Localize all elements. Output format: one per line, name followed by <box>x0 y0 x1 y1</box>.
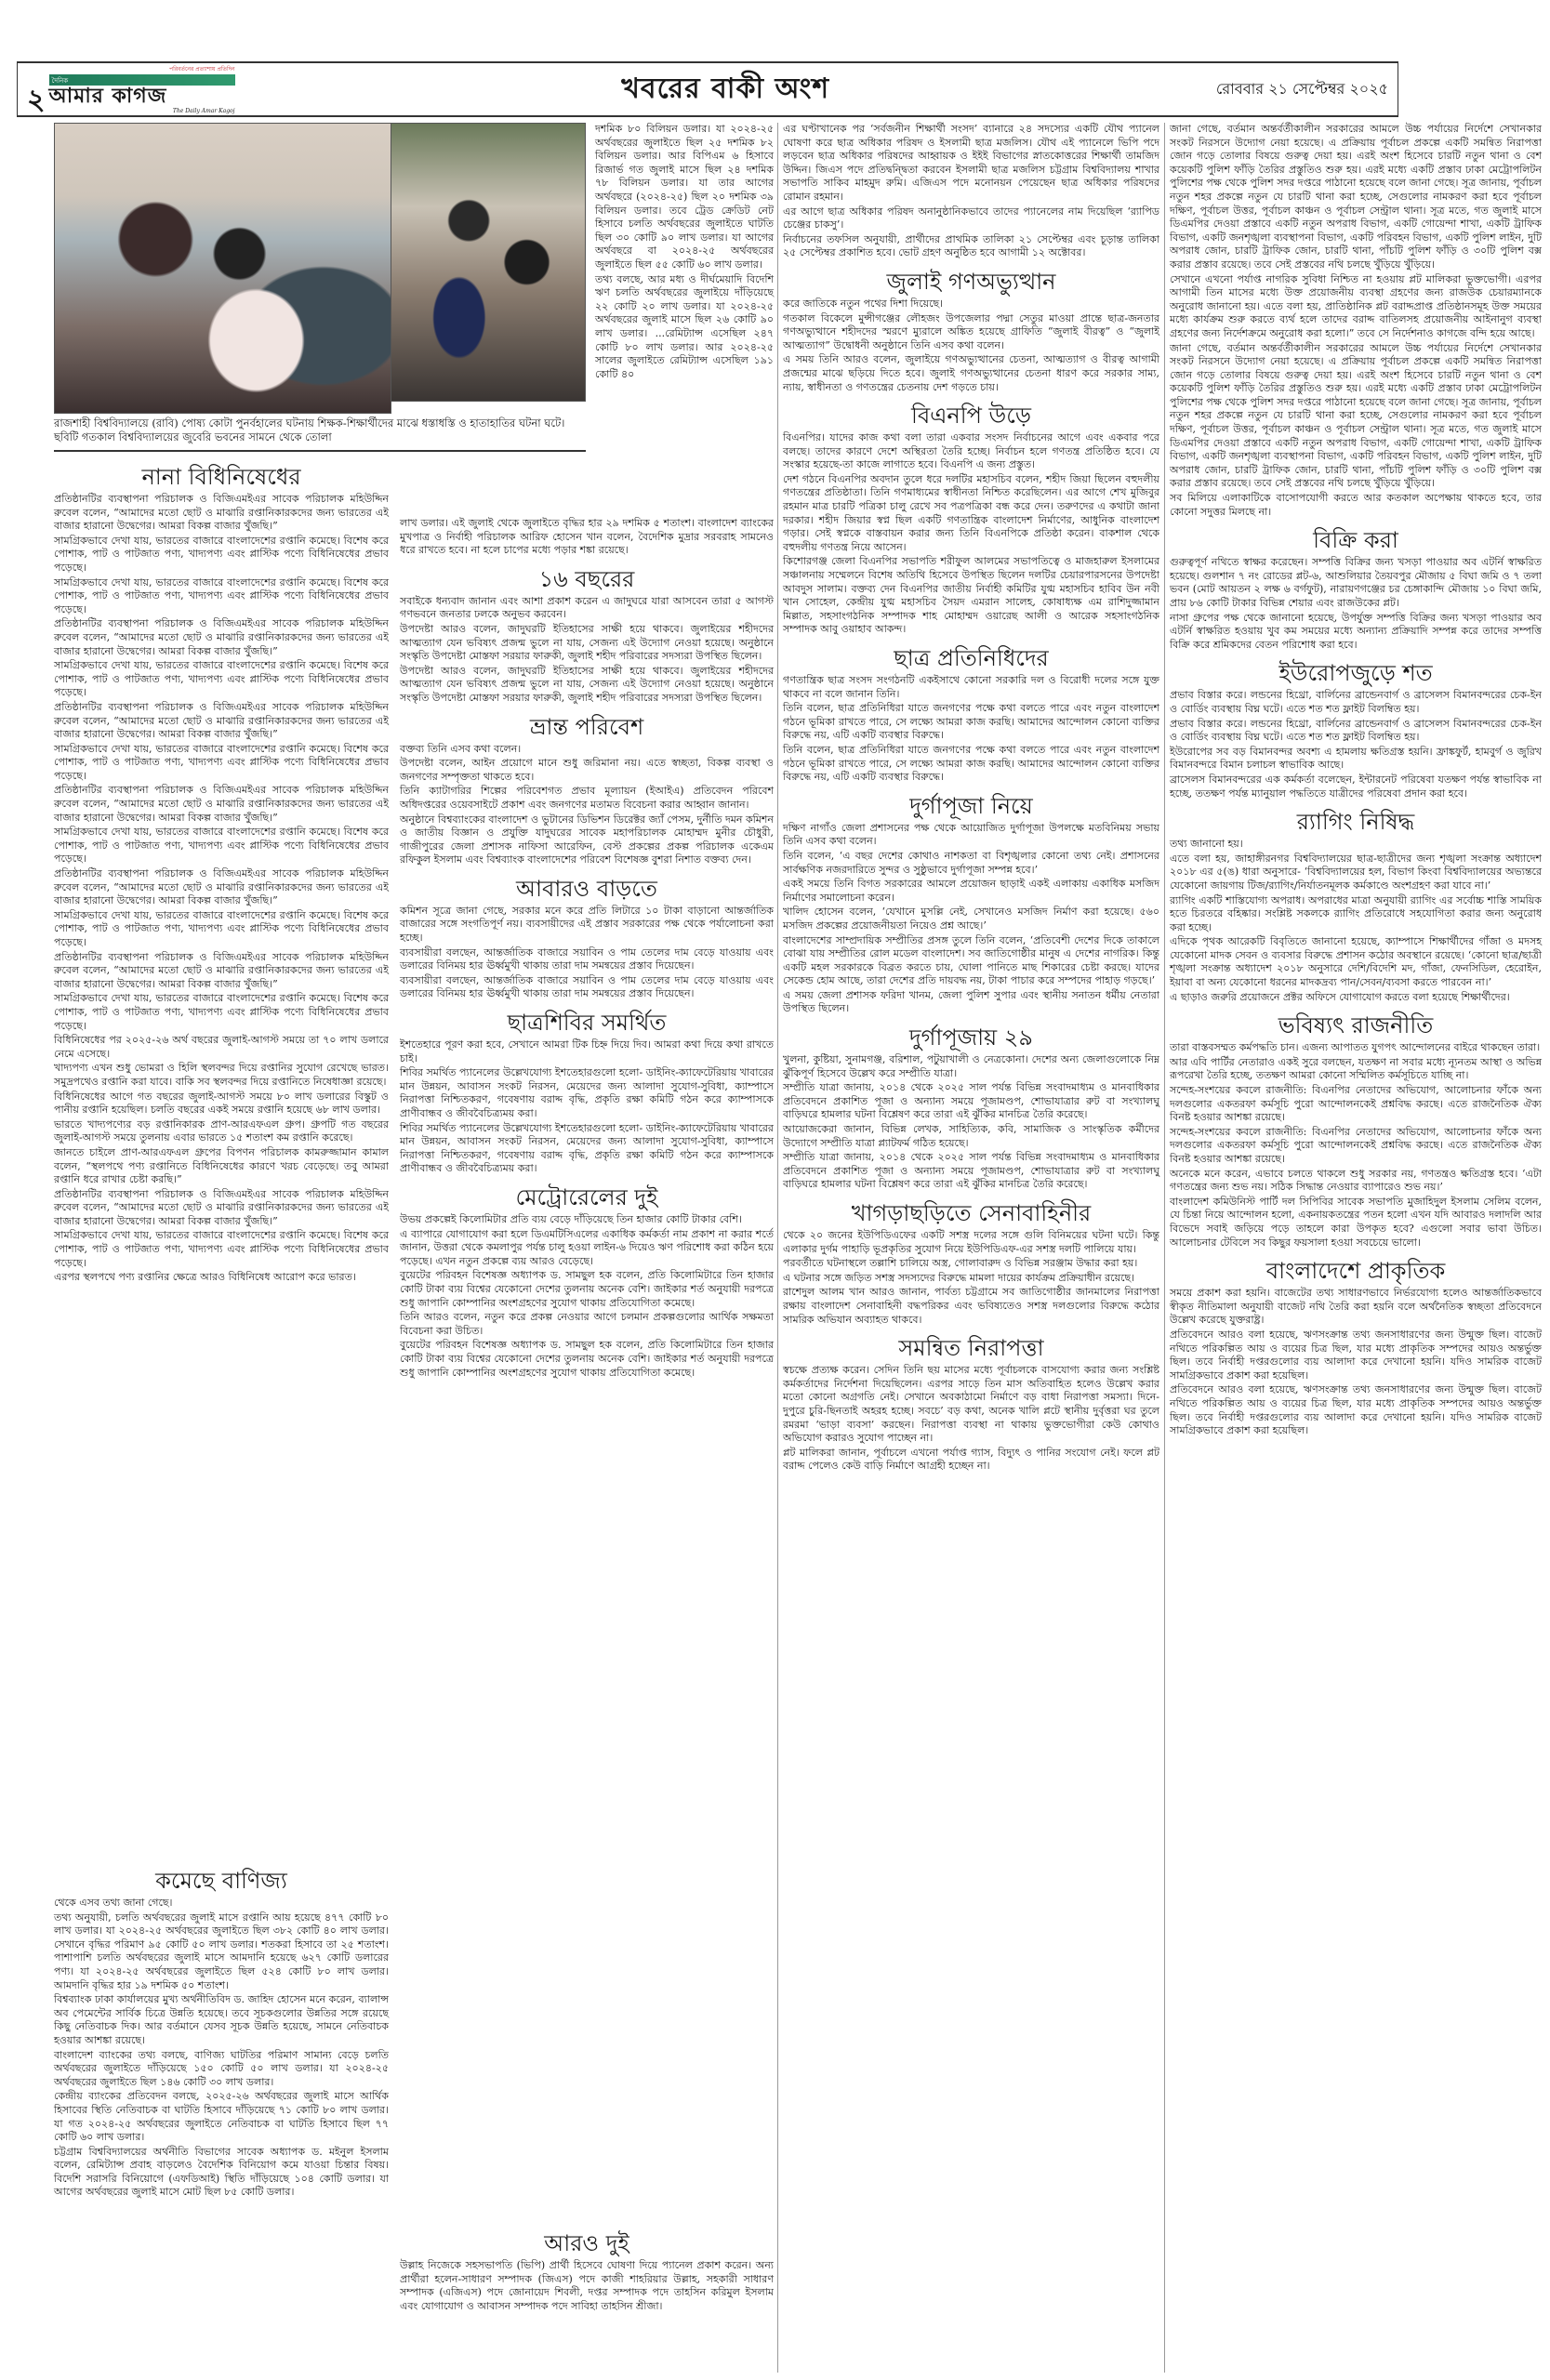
story-chhatro-protinidhider: ছাত্র প্রতিনিধিদের গণতান্ত্রিক ছাত্র সংস… <box>783 644 1159 785</box>
story-chaksu-continued: এর ঘণ্টাখানেক পর ‘সর্বজনীন শিক্ষার্থী সং… <box>783 123 1159 260</box>
story-paragraph: এরপর স্থলপথে পণ্য রপ্তানির ক্ষেত্রে আরও … <box>54 1271 389 1285</box>
story-paragraph: সামগ্রিকভাবে দেখা যায়, ভারতের বাজারে বা… <box>54 992 389 1033</box>
story-paragraph: দেশ গঠনে বিএনপির অবদান তুলে ধরে দলটির মহ… <box>783 473 1159 555</box>
story-headline[interactable]: ভ্রান্ত পরিবেশ <box>400 713 774 741</box>
story-paragraph: এ সময় তিনি আরও বলেন, জুলাইয়ে গণঅভ্যুত্… <box>783 353 1159 394</box>
story-paragraph: সামগ্রিকভাবে দেখা যায়, ভারতের বাজারে বা… <box>54 909 389 950</box>
story-sholo-bochhorer: ১৬ বছরের সবাইকে ধন্যবাদ জানান এবং আশা প্… <box>400 565 774 706</box>
story-paragraph: বিশ্বব্যাংক ঢাকা কার্যালয়ের মুখ্য অর্থন… <box>54 1993 389 2047</box>
story-headline[interactable]: মেট্রোরেলের দুই <box>400 1183 774 1211</box>
story-paragraph: গতকাল বিকেলে মুন্সীগঞ্জের লৌহজং উপজেলার … <box>783 312 1159 353</box>
story-headline[interactable]: ১৬ বছরের <box>400 565 774 593</box>
column-1-bottom: কমেছে বাণিজ্য থেকে এসব তথ্য জানা গেছে। ত… <box>54 1859 389 2201</box>
story-headline[interactable]: ছাত্র প্রতিনিধিদের <box>783 644 1159 672</box>
story-bhranto-poribesh: ভ্রান্ত পরিবেশ বক্তব্য তিনি এসব কথা বলেন… <box>400 713 774 867</box>
story-paragraph: আয়োজকেরা জানান, বিভিন্ন লেখক, সাহিত্যিক… <box>783 1123 1159 1150</box>
story-paragraph: তিনি বলেন, ছাত্র প্রতিনিধিরা যাতে জনগণের… <box>783 744 1159 785</box>
photo-caption: রাজশাহী বিশ্ববিদ্যালয়ে (রাবি) পোষ্য কোট… <box>54 416 586 452</box>
story-paragraph: র‍্যাগিং একটি শাস্তিযোগ্য অপরাধ। অপরাধের… <box>1170 894 1542 935</box>
story-paragraph: পরবর্তীতে ঘটনাস্থলে তল্লাশি চালিয়ে অস্ত… <box>783 1257 1159 1271</box>
story-paragraph: সন্দেহ-সংশয়ের কবলে রাজনীতি: বিএনপির নেত… <box>1170 1126 1542 1167</box>
story-paragraph: খালিদ হোসেন বলেন, ‘যেখানে মুসল্লি নেই, স… <box>783 906 1159 932</box>
story-paragraph: তারা বাস্তবসম্মত কর্মপদ্ধতি চান। এজন্য আ… <box>1170 1041 1542 1055</box>
story-komechhe-banijya: কমেছে বাণিজ্য থেকে এসব তথ্য জানা গেছে। ত… <box>54 1867 389 2200</box>
story-paragraph: গুরুত্বপূর্ণ নথিতে স্বাক্ষর করেছেন। সম্প… <box>1170 556 1542 610</box>
story-aro-dui: আরও দুই উল্লাহ নিজেকে সহসভাপতি (ভিপি) প্… <box>400 2229 774 2313</box>
story-europejure-shoto: ইউরোপজুড়ে শত প্রভাব বিস্তার করে। লন্ডনে… <box>1170 659 1542 800</box>
story-paragraph: বিএনপির। যাদের কাজ কথা বলা তারা একবার সং… <box>783 431 1159 472</box>
story-bhobishyot-rajniti: ভবিষ্যৎ রাজনীতি তারা বাস্তবসম্মত কর্মপদ্… <box>1170 1011 1542 1249</box>
story-purbachal-continued: জানা গেছে, বর্তমান অন্তর্বর্তীকালীন সরকা… <box>1170 123 1542 519</box>
column-1: নানা বিধিনিষেধের প্রতিষ্ঠানটির ব্যবস্থাপ… <box>54 456 389 1286</box>
story-paragraph: বিধিনিষেধের পর ২০২৫-২৬ অর্থ বছরের জুলাই-… <box>54 1034 389 1061</box>
story-khagrachhari-senabahini: খাগড়াছড়িতে সেনাবাহিনীর থেকে ২০ জনের ইউ… <box>783 1199 1159 1327</box>
story-headline[interactable]: কমেছে বাণিজ্য <box>54 1867 389 1895</box>
logo-band: দৈনিক <box>49 74 235 86</box>
story-paragraph: স্বচক্ষে প্রত্যক্ষ করেন। সেদিন তিনি ছয় … <box>783 1364 1159 1446</box>
story-paragraph: প্রতিষ্ঠানটির ব্যবস্থাপনা পরিচালক ও বিজি… <box>54 784 389 825</box>
story-paragraph: সামগ্রিকভাবে দেখা যায়, ভারতের বাজারে বা… <box>54 826 389 866</box>
story-paragraph: তিনি বলেন, ‘এ বছর দেশের কোথাও নাশকতা বা … <box>783 850 1159 877</box>
story-headline[interactable]: নানা বিধিনিষেধের <box>54 463 389 491</box>
story-headline[interactable]: দুর্গাপূজা নিয়ে <box>783 792 1159 820</box>
column-2-bottom: আরও দুই উল্লাহ নিজেকে সহসভাপতি (ভিপি) প্… <box>400 2222 774 2314</box>
story-paragraph: প্রতিষ্ঠানটির ব্যবস্থাপনা পরিচালক ও বিজি… <box>54 701 389 742</box>
story-paragraph: গণতান্ত্রিক ছাত্র সংসদ সংগঠনটি একইসাথে ক… <box>783 674 1159 701</box>
story-paragraph: শিবির সমর্থিত প্যানেলের উল্লেখযোগ্য ইশতে… <box>400 1122 774 1176</box>
story-paragraph: ভারতে খাদ্যপণ্যের বড় রপ্তানিকারক প্রাণ-… <box>54 1118 389 1145</box>
column-divider <box>1164 123 1165 2373</box>
story-metroreler-dui: মেট্রোরেলের দুই উভয় প্রকল্পেই কিলোমিটার… <box>400 1183 774 1380</box>
story-paragraph: এতে বলা হয়, জাহাঙ্গীরনগর বিশ্ববিদ্যালয়… <box>1170 853 1542 893</box>
story-paragraph: বক্তব্য তিনি এসব কথা বলেন। <box>400 743 774 757</box>
story-paragraph: প্রভাব বিস্তার করে। লন্ডনের হিথ্রো, বার্… <box>1170 718 1542 745</box>
story-paragraph: সামগ্রিকভাবে দেখা যায়, ভারতের বাজারে বা… <box>54 1229 389 1270</box>
story-headline[interactable]: সমন্বিত নিরাপত্তা <box>783 1334 1159 1362</box>
story-paragraph: ব্রাসেলস বিমানবন্দরের এক কর্মকর্তা বলেছে… <box>1170 773 1542 800</box>
logo-prefix: দৈনিক <box>52 75 69 86</box>
story-paragraph: তথ্য জানানো হয়। <box>1170 838 1542 852</box>
story-paragraph: সম্প্রীতি যাত্রা জানায়, ২০১৪ থেকে ২০২৫ … <box>783 1081 1159 1122</box>
story-headline[interactable]: দুর্গাপূজায় ২৯ <box>783 1024 1159 1051</box>
story-paragraph: ইউরোপের সব বড় বিমানবন্দর অবশ্য এ হামলায… <box>1170 746 1542 773</box>
story-paragraph: সামগ্রিকভাবে দেখা যায়, ভারতের বাজারে বা… <box>54 535 389 575</box>
story-paragraph: সেখানে এখনো পর্যাপ্ত নাগরিক সুবিধা নিশ্চ… <box>1170 273 1542 341</box>
story-headline[interactable]: র‍্যাগিং নিষিদ্ধ <box>1170 808 1542 836</box>
column-4: জানা গেছে, বর্তমান অন্তর্বর্তীকালীন সরকা… <box>1170 123 1542 1439</box>
story-paragraph: জানা গেছে, বর্তমান অন্তর্বর্তীকালীন সরকা… <box>1170 342 1542 492</box>
section-title: খবরের বাকী অংশ <box>621 66 829 113</box>
page-number: ২ <box>27 86 46 114</box>
story-durgapuja-niye: দুর্গাপূজা নিয়ে দক্ষিণ নাগাঁও জেলা প্রশ… <box>783 792 1159 1016</box>
story-paragraph: সন্দেহ-সংশয়ের কবলে রাজনীতি: বিএনপির নেত… <box>1170 1084 1542 1125</box>
story-paragraph: নাসা গ্রুপের পক্ষ থেকে জানানো হয়েছে, উপ… <box>1170 612 1542 653</box>
story-paragraph: জানা গেছে, বর্তমান অন্তর্বর্তীকালীন সরকা… <box>1170 123 1542 272</box>
newspaper-logo[interactable]: পরিবর্তনের প্রত্যাশায় প্রতিদিন দৈনিক আম… <box>49 64 235 113</box>
story-bnp-urhe: বিএনপি উড়ে বিএনপির। যাদের কাজ কথা বলা ত… <box>783 402 1159 637</box>
story-paragraph: খাদ্যপণ্য এখন শুধু ভোমরা ও হিলি স্থলবন্দ… <box>54 1062 389 1089</box>
story-paragraph: এদিকে পৃথক আরেকটি বিবৃতিতে জানানো হয়েছে… <box>1170 935 1542 989</box>
story-paragraph: একই সময়ে তিনি বিগত সরকারের আমলে প্রয়োজ… <box>783 878 1159 905</box>
story-paragraph: তিনি ক্যাটাগরির শিল্পের পরিবেশগত প্রভাব … <box>400 785 774 812</box>
story-paragraph: জানতে চাইলে প্রাণ-আরএফএল গ্রুপের বিপণন প… <box>54 1146 389 1187</box>
story-paragraph: সব মিলিয়ে এলাকাটিকে বাসোপযোগী করতে আর ক… <box>1170 492 1542 519</box>
story-paragraph: উভয় প্রকল্পেই কিলোমিটার প্রতি ব্যয় বেড… <box>400 1213 774 1227</box>
story-paragraph: শিবির সমর্থিত প্যানেলের উল্লেখযোগ্য ইশতে… <box>400 1066 774 1120</box>
story-paragraph: নির্বাচনের তফসিল অনুযায়ী, প্রার্থীদের প… <box>783 233 1159 260</box>
story-paragraph: প্রতিষ্ঠানটির ব্যবস্থাপনা পরিচালক ও বিজি… <box>54 493 389 534</box>
story-headline[interactable]: জুলাই গণঅভ্যুত্থান <box>783 268 1159 296</box>
story-paragraph: থেকে এসব তথ্য জানা গেছে। <box>54 1897 389 1911</box>
story-paragraph: উপদেষ্টা আরও বলেন, জাদুঘরটি ইতিহাসের সাক… <box>400 623 774 664</box>
story-paragraph: সামগ্রিকভাবে দেখা যায়, ভারতের বাজারে বা… <box>54 743 389 784</box>
story-paragraph: রাশেদুল আলম খান আরও জানান, পার্বত্য চট্ট… <box>783 1286 1159 1327</box>
story-paragraph: ব্যবসায়ীরা বলছেন, আন্তর্জাতিক বাজারে সয… <box>400 974 774 1001</box>
story-paragraph: থেকে ২০ জনের ইউপিডিএফের একটি সশস্ত্র দলে… <box>783 1229 1159 1256</box>
story-paragraph: বাংলাদেশ ব্যাংকের তথ্য বলছে, বাণিজ্য ঘাট… <box>54 2049 389 2090</box>
story-paragraph: প্রতিষ্ঠানটির ব্যবস্থাপনা পরিচালক ও বিজি… <box>54 617 389 658</box>
story-paragraph: বিধিনিষেধের আগে গত বছরের জুলাই-আগস্ট সময… <box>54 1091 389 1117</box>
story-somonnito-nirapotta: সমন্বিত নিরাপত্তা স্বচক্ষে প্রত্যক্ষ করে… <box>783 1334 1159 1474</box>
story-paragraph: সম্প্রীতি যাত্রা জানায়, ২০১৪ থেকে ২০২৫ … <box>783 1151 1159 1192</box>
story-paragraph: তিনি বলেন, ছাত্র প্রতিনিধিরা যাতে জনগণের… <box>783 702 1159 743</box>
story-paragraph: এর ঘণ্টাখানেক পর ‘সর্বজনীন শিক্ষার্থী সং… <box>783 123 1159 205</box>
logo-tagline: পরিবর্তনের প্রত্যাশায় প্রতিদিন <box>169 64 234 74</box>
column-3: এর ঘণ্টাখানেক পর ‘সর্বজনীন শিক্ষার্থী সং… <box>783 123 1159 1474</box>
story-headline[interactable]: আবারও বাড়তে <box>400 875 774 903</box>
masthead: ২ পরিবর্তনের প্রত্যাশায় প্রতিদিন দৈনিক … <box>17 61 1398 117</box>
story-paragraph: কেন্দ্রীয় ব্যাংকের প্রতিবেদন বলছে, ২০২৫… <box>54 2090 389 2144</box>
story-paragraph: কিশোরগঞ্জ জেলা বিএনপির সভাপতি শরীফুল আলম… <box>783 555 1159 637</box>
story-bangladeshe-prakritik: বাংলাদেশে প্রাকৃতিক সময়ে প্রকাশ করা হয়… <box>1170 1257 1542 1438</box>
story-headline[interactable]: আরও দুই <box>400 2229 774 2257</box>
story-headline[interactable]: বাংলাদেশে প্রাকৃতিক <box>1170 1257 1542 1285</box>
story-paragraph: প্রতিষ্ঠানটির ব্যবস্থাপনা পরিচালক ও বিজি… <box>54 951 389 992</box>
story-paragraph: বাংলাদেশের সাম্প্রদায়িক সম্প্রীতির প্রস… <box>783 934 1159 988</box>
story-paragraph: এ ছাড়াও জরুরি প্রয়োজনে প্রক্টর অফিসে য… <box>1170 991 1542 1005</box>
story-paragraph: এ ব্যাপারে যোগাযোগ করা হলে ডিএমটিসিএলের … <box>400 1228 774 1269</box>
issue-date: রোববার ২১ সেপ্টেম্বর ২০২৫ <box>1216 77 1388 102</box>
story-durgapujay-29: দুর্গাপূজায় ২৯ খুলনা, কুষ্টিয়া, সুনামগ… <box>783 1024 1159 1192</box>
logo-name: আমার কাগজ <box>49 86 167 107</box>
story-paragraph: তিনি আরও বলেন, নতুন করে প্রকল্প নেওয়ার … <box>400 1311 774 1338</box>
story-paragraph: অনুষ্ঠানে বিশ্বব্যাংকের বাংলাদেশ ও ভুটান… <box>400 813 774 867</box>
story-paragraph: লাখ ডলার। এই জুলাই থেকে জুলাইতে বৃদ্ধির … <box>400 517 774 558</box>
story-paragraph: ব্যবসায়ীরা বলছেন, আন্তর্জাতিক বাজারে সয… <box>400 946 774 973</box>
story-paragraph: দক্ষিণ নাগাঁও জেলা প্রশাসনের পক্ষ থেকে আ… <box>783 822 1159 849</box>
story-july-gonoabhyutthan: জুলাই গণঅভ্যুত্থান করে জাতিকে নতুন পথের … <box>783 268 1159 394</box>
logo-english: The Daily Amar Kagoj <box>173 108 235 114</box>
story-paragraph: প্লট মালিকরা জানান, পূর্বাচলে এখনো পর্যা… <box>783 1447 1159 1474</box>
story-headline[interactable]: ছাত্রশিবির সমর্থিত <box>400 1009 774 1037</box>
story-paragraph: তথ্য অনুযায়ী, চলতি অর্থবছরের জুলাই মাসে… <box>54 1911 389 1993</box>
news-photo-secondary <box>391 123 586 402</box>
story-paragraph: দশমিক ৮০ বিলিয়ন ডলার। যা ২০২৪-২৫ অর্থবছ… <box>595 123 774 272</box>
story-ragging-nishiddho: র‍্যাগিং নিষিদ্ধ তথ্য জানানো হয়। এতে বল… <box>1170 808 1542 1004</box>
story-chhatrashibir-somorthito: ছাত্রশিবির সমর্থিত ইশতেহারে পূরণ করা হবে… <box>400 1009 774 1176</box>
story-bikri-kora: বিক্রি করা গুরুত্বপূর্ণ নথিতে স্বাক্ষর ক… <box>1170 526 1542 652</box>
story-headline[interactable]: বিএনপি উড়ে <box>783 402 1159 430</box>
story-headline[interactable]: ভবিষ্যৎ রাজনীতি <box>1170 1011 1542 1039</box>
story-paragraph: এ সময় জেলা প্রশাসক ফরিদা খানম, জেলা পুল… <box>783 989 1159 1016</box>
story-nana-bidhinishedher: নানা বিধিনিষেধের প্রতিষ্ঠানটির ব্যবস্থাপ… <box>54 463 389 1285</box>
story-headline[interactable]: বিক্রি করা <box>1170 526 1542 554</box>
story-paragraph: বুয়েটের পরিবহন বিশেষজ্ঞ অধ্যাপক ড. সামছ… <box>400 1339 774 1380</box>
story-paragraph: প্রভাব বিস্তার করে। লন্ডনের হিথ্রো, বার্… <box>1170 689 1542 716</box>
story-paragraph: আর এবি পার্টির নেতারাও একই সুরে বলছেন, য… <box>1170 1056 1542 1083</box>
story-paragraph: সামগ্রিকভাবে দেখা যায়, ভারতের বাজারে বা… <box>54 576 389 617</box>
story-abaro-barate: আবারও বাড়তে কমিশন সূত্রে জানা গেছে, সরক… <box>400 875 774 1001</box>
story-headline[interactable]: ইউরোপজুড়ে শত <box>1170 659 1542 687</box>
story-paragraph: উপদেষ্টা আরও বলেন, জাদুঘরটি ইতিহাসের সাক… <box>400 665 774 706</box>
story-paragraph: সবাইকে ধন্যবাদ জানান এবং আশা প্রকাশ করেন… <box>400 595 774 622</box>
story-paragraph: প্রতিষ্ঠানটির ব্যবস্থাপনা পরিচালক ও বিজি… <box>54 867 389 908</box>
column-2-top: দশমিক ৮০ বিলিয়ন ডলার। যা ২০২৪-২৫ অর্থবছ… <box>595 123 774 382</box>
story-headline[interactable]: খাগড়াছড়িতে সেনাবাহিনীর <box>783 1199 1159 1227</box>
story-paragraph: সময়ে প্রকাশ করা হয়নি। বাজেটের তথ্য সাধ… <box>1170 1287 1542 1328</box>
story-paragraph: উল্লাহ নিজেকে সহসভাপতি (ভিপি) প্রার্থী হ… <box>400 2259 774 2313</box>
story-paragraph: প্রতিবেদনে আরও বলা হয়েছে, ঋণসংক্রান্ত ত… <box>1170 1383 1542 1437</box>
column-divider <box>777 123 778 2373</box>
story-paragraph: বাংলাদেশ কমিউনিস্ট পার্টি দল সিপিবির সাব… <box>1170 1196 1542 1249</box>
story-paragraph: করে জাতিকে নতুন পথের দিশা দিয়েছে। <box>783 297 1159 311</box>
story-paragraph: এ ঘটনার সঙ্গে জড়িত সশস্ত্র সদস্যদের বির… <box>783 1272 1159 1286</box>
story-paragraph: চট্টগ্রাম বিশ্ববিদ্যালয়ের অর্থনীতি বিভা… <box>54 2146 389 2200</box>
story-paragraph: কমিশন সূত্রে জানা গেছে, সরকার মনে করে প্… <box>400 905 774 945</box>
story-paragraph: অনেকে মনে করেন, এভাবে চলতে থাকলে শুধু সর… <box>1170 1168 1542 1195</box>
story-paragraph: সামগ্রিকভাবে দেখা যায়, ভারতের বাজারে বা… <box>54 659 389 700</box>
story-paragraph: প্রতিবেদনে আরও বলা হয়েছে, ঋণসংক্রান্ত ত… <box>1170 1329 1542 1382</box>
story-paragraph: খুলনা, কুষ্টিয়া, সুনামগঞ্জ, বরিশাল, পটু… <box>783 1053 1159 1080</box>
masthead-brand: ২ পরিবর্তনের প্রত্যাশায় প্রতিদিন দৈনিক … <box>27 64 235 113</box>
story-paragraph: এর আগে ছাত্র অধিকার পরিষদ অনানুষ্ঠানিকভা… <box>783 205 1159 232</box>
story-paragraph: বুয়েটের পরিবহন বিশেষজ্ঞ অধ্যাপক ড. সামছ… <box>400 1269 774 1310</box>
story-paragraph: প্রতিষ্ঠানটির ব্যবস্থাপনা পরিচালক ও বিজি… <box>54 1188 389 1229</box>
story-paragraph: ইশতেহারে পূরণ করা হবে, সেখানে আমরা টিক চ… <box>400 1038 774 1065</box>
story-paragraph: উপদেষ্টা বলেন, আইন প্রয়োগে মানে শুধু জর… <box>400 757 774 784</box>
news-photo-main <box>54 123 391 414</box>
story-paragraph: তথ্য বলছে, আর মধ্য ও দীর্ঘমেয়াদি বিদেশি… <box>595 273 774 382</box>
column-2: লাখ ডলার। এই জুলাই থেকে জুলাইতে বৃদ্ধির … <box>400 517 774 1381</box>
